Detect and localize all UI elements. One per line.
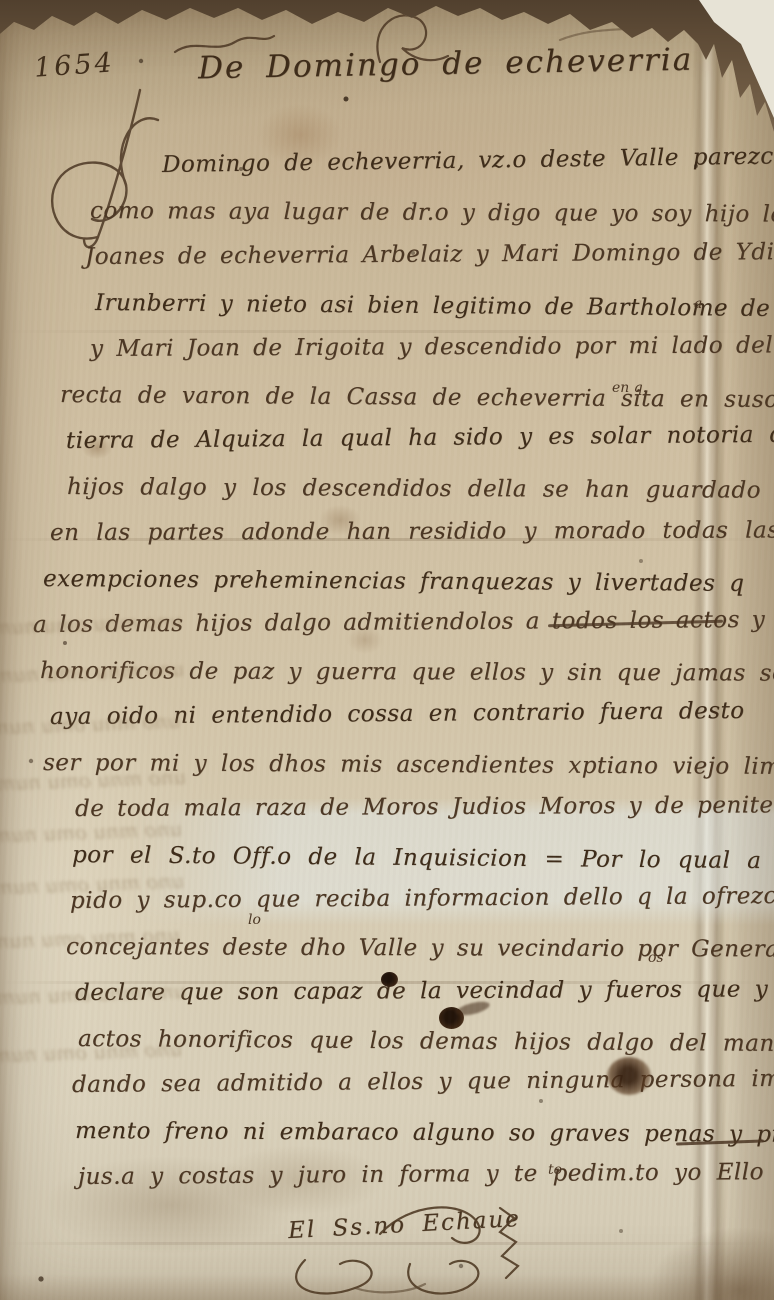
bleed-through-line: uno mnu omu num bbox=[0, 709, 181, 740]
bleed-through-line: uno mnu omu num bbox=[0, 1037, 183, 1068]
manuscript-line: exempciones preheminencias franquezas y … bbox=[43, 566, 745, 597]
manuscript-line: jus.a y costas y juro in forma y te pedi… bbox=[78, 1159, 764, 1190]
document-title: De Domingo de echeverria bbox=[198, 42, 694, 87]
ink-blot bbox=[439, 1007, 464, 1029]
manuscript-line: hijos dalgo y los descendidos della se h… bbox=[67, 474, 761, 504]
manuscript-line: Irunberri y nieto asi bien legitimo de B… bbox=[95, 290, 774, 323]
interlinear-annotation: lo bbox=[248, 912, 261, 928]
manuscript-line: como mas aya lugar de dr.o y digo que yo… bbox=[90, 198, 774, 228]
manuscript-line: Domingo de echeverria, vz.o deste Valle … bbox=[162, 142, 774, 178]
interlinear-annotation: a bbox=[694, 296, 702, 312]
ink-blot bbox=[607, 1057, 651, 1095]
initial-letter-flourish bbox=[40, 85, 180, 255]
manuscript-scan: 1654 De Domingo de echeverria Domingo de… bbox=[0, 0, 774, 1300]
manuscript-line: dando sea admitido a ellos y que ninguna… bbox=[72, 1065, 774, 1098]
edge-vignette bbox=[0, 0, 774, 1300]
manuscript-line: Joanes de echeverria Arbelaiz y Mari Dom… bbox=[85, 239, 774, 270]
year-annotation: 1654 bbox=[33, 47, 116, 84]
manuscript-line: tierra de Alquiza la qual ha sido y es s… bbox=[66, 422, 774, 454]
manuscript-line: recta de varon de la Cassa de echeverria… bbox=[60, 382, 774, 414]
interlinear-annotation: to bbox=[548, 1162, 562, 1178]
ink-blot bbox=[381, 972, 398, 987]
paper-grain bbox=[0, 0, 774, 1300]
signature-text: El Ss.no Echaue bbox=[287, 1206, 521, 1244]
manuscript-line: mento freno ni embaraco alguno so graves… bbox=[75, 1118, 774, 1148]
manuscript-line: en las partes adonde han residido y mora… bbox=[50, 517, 774, 546]
manuscript-line: y Mari Joan de Irigoita y descendido por… bbox=[90, 332, 774, 362]
bleed-through-line: uno mnu omu num bbox=[0, 765, 187, 796]
interlinear-annotation: os bbox=[648, 950, 664, 966]
interlinear-annotation: en q. bbox=[612, 380, 647, 396]
manuscript-page: 1654 De Domingo de echeverria Domingo de… bbox=[0, 0, 774, 1300]
fold-crease bbox=[0, 1242, 774, 1245]
